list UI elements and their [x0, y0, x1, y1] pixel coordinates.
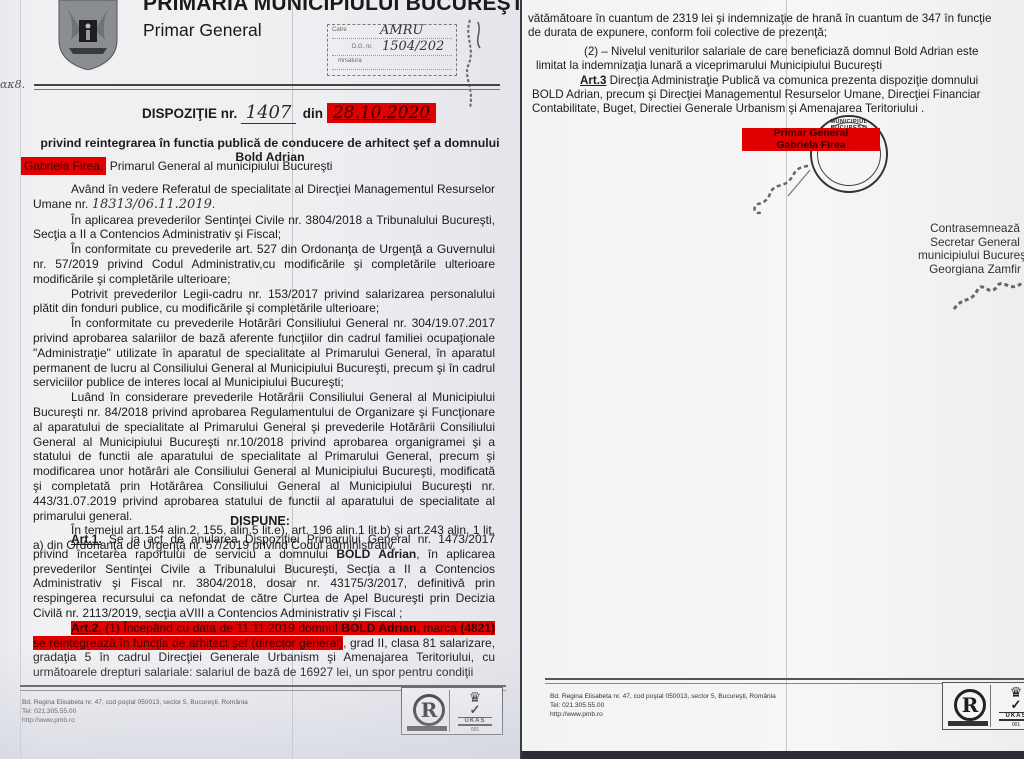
- par2-line-1: (2) – Nivelul veniturilor salariale de c…: [584, 45, 1024, 59]
- article-3: Art.3 Direcţia Administraţie Publică va …: [532, 74, 1024, 116]
- footer-contact: Bd. Regina Elisabeta nr. 47, cod poştal …: [22, 698, 248, 725]
- disposition-title: DISPOZIŢIE nr. 1407 din 28.10.2020: [142, 102, 436, 124]
- certification-logos-2: R ISO 9001 - ISO 14001 ♛ ✓ UKAS 001: [942, 682, 1024, 730]
- ukas-cert-icon: ♛ ✓ UKAS 001: [993, 685, 1024, 727]
- footer-address: Bd. Regina Elisabeta nr. 47, cod poştal …: [22, 698, 248, 707]
- article-2: Art.2. (1) Începând cu data de 11.11.201…: [33, 621, 495, 680]
- signatory-name-redacted: Gabriela Firea: [744, 140, 878, 152]
- articles-block: Art.1. Se ia act de anularea Dispoziţiei…: [33, 532, 495, 680]
- countersign-org: municipiului Bucureşti: [910, 249, 1024, 263]
- consideration-0: Având în vedere Referatul de specialitat…: [33, 182, 495, 213]
- disposition-number: 1407: [241, 102, 296, 124]
- stamp-label-2: D.G. nr.: [352, 44, 373, 50]
- article-1: Art.1. Se ia act de anularea Dispoziţiei…: [33, 532, 495, 621]
- considerations-block: Având în vedere Referatul de specialitat…: [33, 182, 495, 553]
- consideration-4: În conformitate cu prevederile Hotărâri …: [33, 316, 495, 390]
- issuer-line: Gabriela Firea, Primarul General al muni…: [21, 159, 332, 173]
- consideration-1: În aplicarea prevederilor Sentinţei Civi…: [33, 213, 495, 243]
- footer-address-2: Bd. Regina Elisabeta nr. 47, cod poştal …: [550, 692, 776, 701]
- certification-logos: R ISO 9001 - ISO 14001 ♛ ✓ UKAS 001: [401, 687, 503, 735]
- stamp-handwritten-1: AMRU: [380, 23, 423, 38]
- header-divider: [34, 84, 500, 90]
- coat-of-arms-icon: [57, 0, 119, 70]
- stamp-handwritten-2: 1504/202: [382, 39, 444, 54]
- stamp-label-1: Catre: [332, 27, 347, 33]
- issuer-role: Primarul General al municipiului Bucureş…: [106, 159, 332, 173]
- disposition-date-redacted: 28.10.2020: [327, 103, 436, 123]
- par2-line-2: limitat la indemnizaţia lunară a vicepri…: [536, 59, 1024, 73]
- official-seal-icon: MUNICIPIUL BUCUREŞTI: [810, 115, 888, 193]
- salary-continuation: vătămătoare în cuantum de 2319 lei şi in…: [528, 12, 1024, 40]
- consideration-3: Potrivit prevederilor Legii-cadru nr. 15…: [33, 287, 495, 317]
- countersign-label: Contrasemnează: [910, 222, 1024, 236]
- art3-line-3: Contabilitate, Buget, Directiei Generale…: [532, 102, 1024, 116]
- consideration-5: Luând în considerare prevederile Hotărâr…: [33, 390, 495, 523]
- subject-line-1: privind reintegrarea în functia publică …: [40, 136, 500, 150]
- initials-scribble: [462, 18, 484, 110]
- document-page-1: PRIMĂRIA MUNICIPIULUI BUCUREŞTI Primar G…: [0, 0, 520, 759]
- margin-line: [20, 0, 21, 759]
- quality-cert-icon: R ISO 9001 - ISO 14001: [946, 685, 991, 727]
- art3-line-2: BOLD Adrian, precum şi Direcţiei Managem…: [532, 88, 1024, 102]
- footer-contact-2: Bd. Regina Elisabeta nr. 47, cod poştal …: [550, 692, 776, 719]
- signatory-role: Primar General: [744, 128, 878, 140]
- countersign-role: Secretar General: [910, 236, 1024, 250]
- signature-block-redacted: Primar General Gabriela Firea: [742, 128, 880, 151]
- article-3-label: Art.3: [580, 74, 606, 87]
- handwritten-reference: 18313/06.11.2019: [92, 197, 212, 212]
- dispune-heading: DISPUNE:: [0, 514, 520, 528]
- footer-phone: Tel: 021.305.55.00: [22, 707, 248, 716]
- document-page-2: vătămătoare în cuantum de 2319 lei şi in…: [522, 0, 1024, 759]
- institution-subtitle: Primar General: [143, 20, 262, 41]
- article-2-label: Art.2.: [71, 621, 102, 635]
- countersignature-block: Contrasemnează Secretar General municipi…: [910, 222, 1024, 276]
- institution-name: PRIMĂRIA MUNICIPIULUI BUCUREŞTI: [143, 0, 520, 16]
- title-label: DISPOZIŢIE nr.: [142, 106, 237, 121]
- ukas-cert-icon: ♛ ✓ UKAS 001: [452, 690, 498, 732]
- continuation-line-2: de durata de expunere, conform foii cole…: [528, 26, 1024, 40]
- mayor-signature: [748, 160, 818, 220]
- consideration-2: În conformitate cu prevederile art. 527 …: [33, 242, 495, 286]
- secretary-signature: [950, 275, 1024, 315]
- footer-phone-2: Tel: 021.305.55.00: [550, 701, 776, 710]
- issuer-name-redacted: Gabriela Firea,: [21, 157, 106, 175]
- title-din: din: [303, 106, 323, 121]
- footer-website-2: http://www.pmb.ro: [550, 710, 776, 719]
- footer-website: http://www.pmb.ro: [22, 716, 248, 725]
- margin-note: ακ8.: [0, 78, 25, 91]
- continuation-line-1: vătămătoare în cuantum de 2319 lei şi in…: [528, 12, 1024, 26]
- registration-stamp: Catre AMRU D.G. nr. 1504/202 mrsatura: [327, 24, 457, 76]
- quality-cert-icon: R ISO 9001 - ISO 14001: [405, 690, 450, 732]
- article-1-label: Art.1.: [71, 532, 102, 546]
- stamp-label-3: mrsatura: [338, 58, 362, 64]
- article-2-paragraph-2: (2) – Nivelul veniturilor salariale de c…: [536, 45, 1024, 73]
